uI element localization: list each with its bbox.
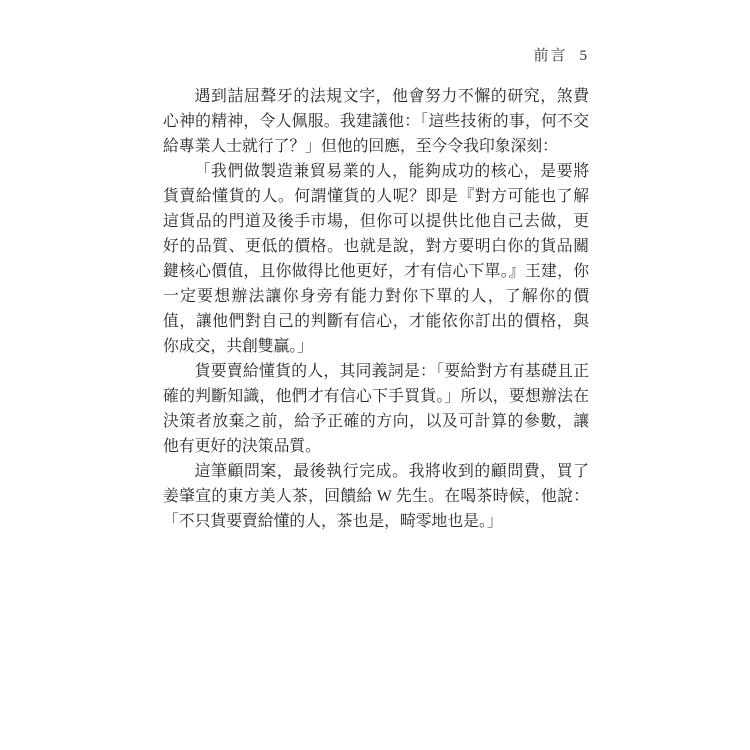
paragraph-2: 「我們做製造兼貿易業的人，能夠成功的核心，是要將貨賣給懂貨的人。何謂懂貨的人呢？… bbox=[163, 159, 589, 359]
paragraph-1: 遇到詰屈聱牙的法規文字，他會努力不懈的研究，煞費心神的精神，令人佩服。我建議他：… bbox=[163, 84, 589, 159]
body-text: 遇到詰屈聱牙的法規文字，他會努力不懈的研究，煞費心神的精神，令人佩服。我建議他：… bbox=[163, 84, 589, 534]
paragraph-3: 貨要賣給懂貨的人，其同義詞是：「要給對方有基礎且正確的判斷知識，他們才有信心下手… bbox=[163, 359, 589, 459]
section-title: 前言 bbox=[533, 48, 567, 64]
running-head: 前言5 bbox=[533, 44, 587, 65]
book-page: 前言5 遇到詰屈聱牙的法規文字，他會努力不懈的研究，煞費心神的精神，令人佩服。我… bbox=[0, 0, 750, 750]
paragraph-4: 這筆顧問案，最後執行完成。我將收到的顧問費，買了姜肇宣的東方美人茶，回饋給 W … bbox=[163, 459, 589, 534]
page-number: 5 bbox=[580, 48, 588, 64]
